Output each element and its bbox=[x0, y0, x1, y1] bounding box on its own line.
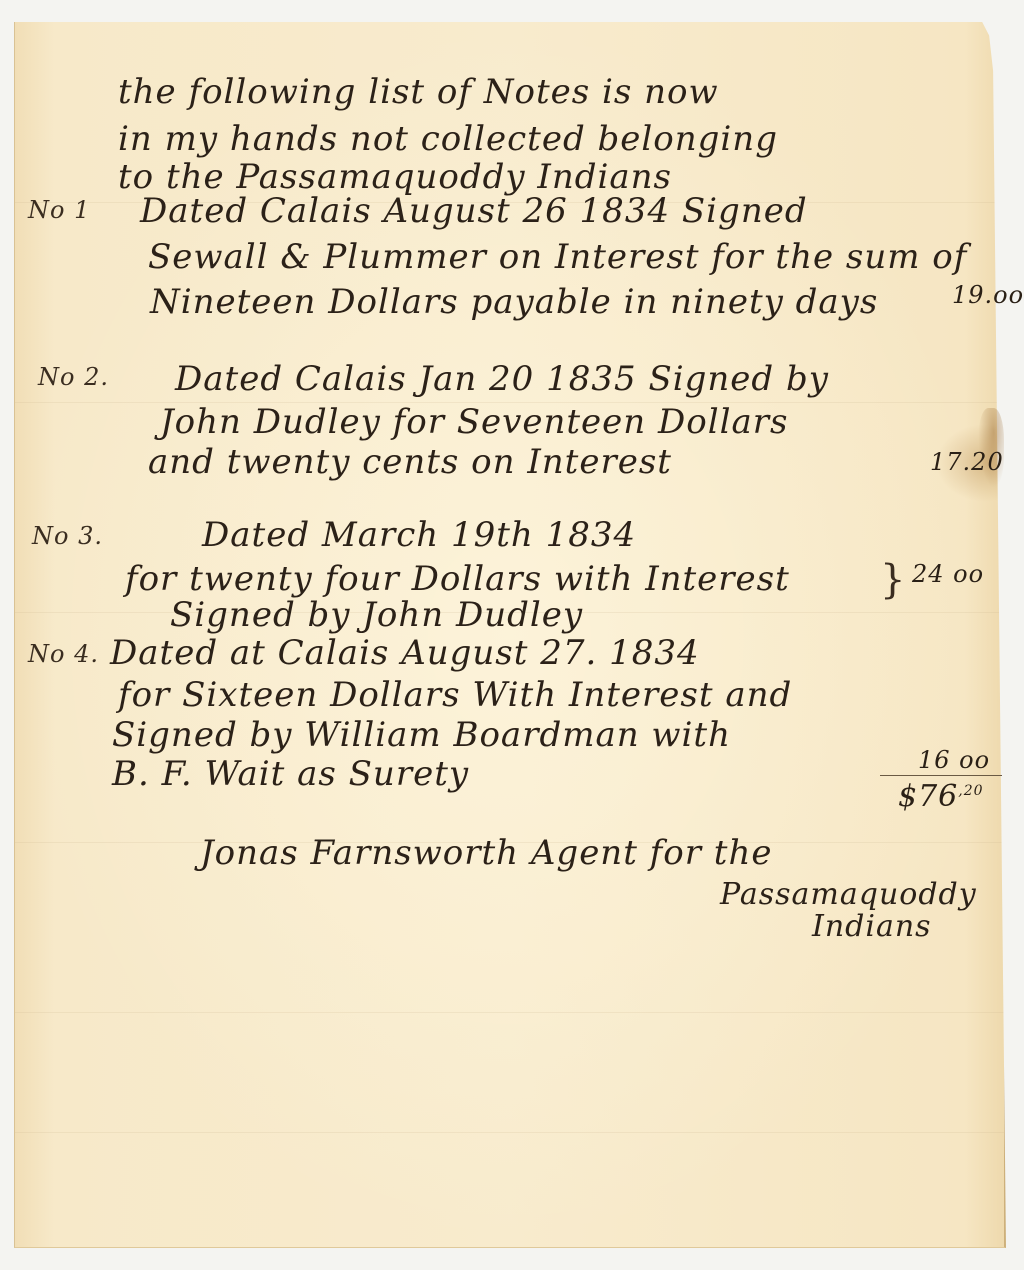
entry-1-line-1: Dated Calais August 26 1834 Signed bbox=[140, 194, 808, 228]
entry-4-line-1: Dated at Calais August 27. 1834 bbox=[110, 636, 700, 670]
entry-3-line-2: for twenty four Dollars with Interest bbox=[125, 562, 790, 596]
entry-1-line-3: Nineteen Dollars payable in ninety days bbox=[150, 285, 878, 319]
heading-line-3: to the Passamaquoddy Indians bbox=[118, 160, 672, 194]
entry-2-amount: 17.20 bbox=[930, 450, 1004, 474]
ruling-line bbox=[15, 1132, 1004, 1133]
entry-3-line-3: Signed by John Dudley bbox=[170, 598, 583, 632]
total-whole: 76 bbox=[918, 779, 958, 814]
entry-2-line-2: John Dudley for Seventeen Dollars bbox=[160, 405, 788, 439]
entry-3-line-1: Dated March 19th 1834 bbox=[202, 518, 636, 552]
entry-1-line-2: Sewall & Plummer on Interest for the sum… bbox=[148, 240, 967, 274]
entry-4-line-3: Signed by William Boardman with bbox=[112, 718, 731, 752]
total-cents: 20 bbox=[964, 783, 984, 799]
signature-line-2: Passamaquoddy bbox=[720, 880, 977, 910]
ruling-line bbox=[15, 1012, 1004, 1013]
entry-4-number: No 4. bbox=[28, 642, 99, 666]
entry-3-brace: } bbox=[880, 560, 905, 600]
signature-line-3: Indians bbox=[812, 912, 932, 942]
signature-line-1: Jonas Farnsworth Agent for the bbox=[200, 836, 772, 870]
entry-4-amount: 16 oo bbox=[918, 748, 990, 772]
document-scan: the following list of Notes is now in my… bbox=[0, 0, 1024, 1270]
entry-2-line-3: and twenty cents on Interest bbox=[148, 445, 672, 479]
entry-3-amount: 24 oo bbox=[912, 562, 984, 586]
entry-4-line-4: B. F. Wait as Surety bbox=[112, 757, 469, 791]
entry-1-amount: 19.oo bbox=[952, 283, 1024, 307]
entry-2-line-1: Dated Calais Jan 20 1835 Signed by bbox=[175, 362, 829, 396]
entry-1-number: No 1 bbox=[28, 198, 90, 222]
currency-symbol: $ bbox=[898, 779, 918, 814]
heading-line-1: the following list of Notes is now bbox=[118, 75, 719, 109]
entry-3-number: No 3. bbox=[32, 524, 103, 548]
entry-4-line-2: for Sixteen Dollars With Interest and bbox=[118, 678, 792, 712]
heading-line-2: in my hands not collected belonging bbox=[118, 122, 778, 156]
total-amount: $76,20 bbox=[898, 782, 984, 812]
total-rule bbox=[880, 775, 1002, 776]
entry-2-number: No 2. bbox=[38, 365, 109, 389]
